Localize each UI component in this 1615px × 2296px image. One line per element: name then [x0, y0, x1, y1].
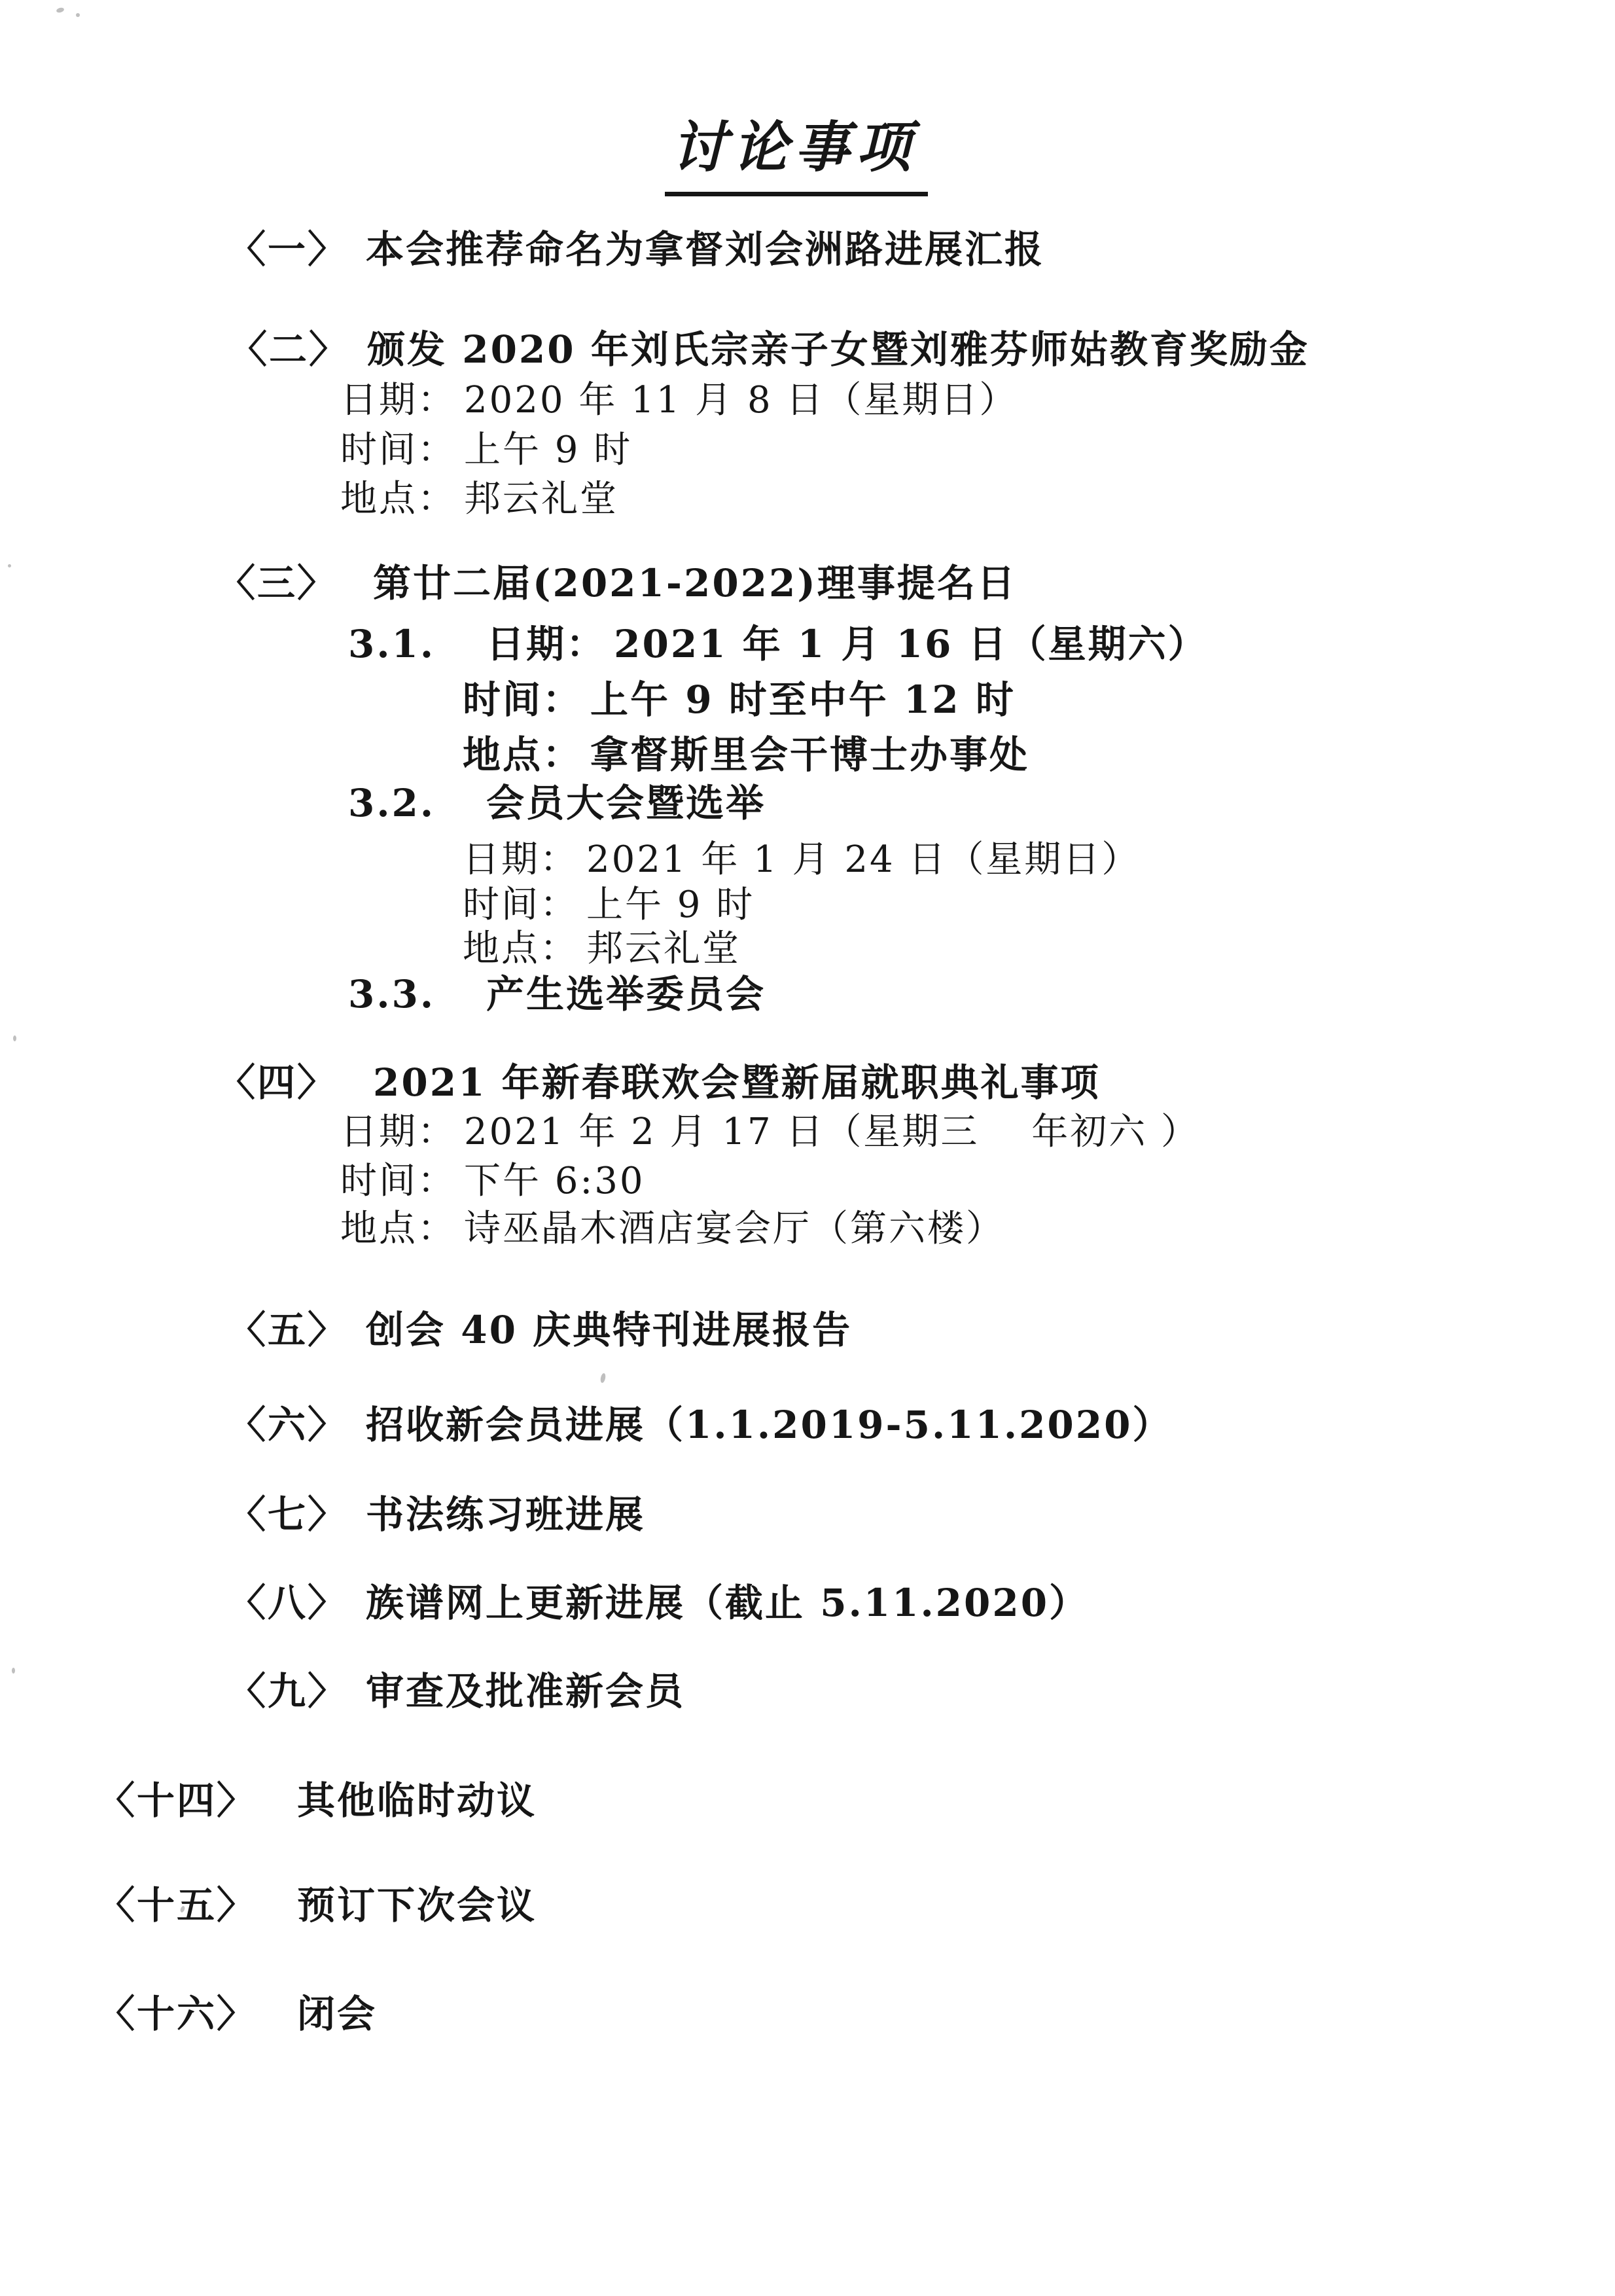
agenda-item-text: 书法练习班进展 [366, 1492, 645, 1537]
page-title: 讨论事项 [665, 103, 928, 196]
agenda-item-number: 〈十四〉 [97, 1778, 257, 1823]
detail-row: 日期：2020 年 11 月 8 日（星期日） [340, 382, 1018, 419]
agenda-item: 〈九〉审查及批准新会员 [228, 1672, 685, 1710]
agenda-item-number: 〈二〉 [229, 327, 349, 372]
agenda-item: 〈十五〉预订下次会议 [97, 1886, 537, 1924]
agenda-item-number: 〈十五〉 [97, 1883, 257, 1928]
detail-row: 时间：上午 9 时至中午 12 时 [463, 681, 1016, 719]
agenda-item-text: 审查及批准新会员 [366, 1669, 685, 1713]
scan-artifact [600, 1372, 607, 1383]
sub-item: 3.3.产生选举委员会 [348, 975, 766, 1013]
agenda-item-text: 创会 40 庆典特刊进展报告 [366, 1308, 852, 1352]
agenda-item-number: 〈九〉 [228, 1669, 347, 1713]
agenda-item: 〈三〉第廿二届(2021-2022)理事提名日 [217, 564, 1017, 602]
agenda-item-number: 〈十六〉 [97, 1992, 257, 2036]
detail-value: 下午 6:30 [464, 1160, 645, 1202]
detail-row: 时间：上午 9 时 [463, 887, 754, 924]
agenda-item-number: 〈一〉 [228, 227, 347, 272]
agenda-item-text: 颁发 2020 年刘氏宗亲子女暨刘雅芬师姑教育奖励金 [367, 327, 1309, 372]
detail-label: 时间： [463, 677, 582, 722]
agenda-item: 〈二〉颁发 2020 年刘氏宗亲子女暨刘雅芬师姑教育奖励金 [229, 331, 1309, 368]
detail-row: 日期：2021 年 1 月 24 日（星期日） [463, 842, 1140, 878]
agenda-item: 〈一〉本会推荐命名为拿督刘会洲路进展汇报 [228, 230, 1044, 268]
agenda-item: 〈四〉2021 年新春联欢会暨新届就职典礼事项 [217, 1064, 1101, 1102]
agenda-item: 〈六〉招收新会员进展（1.1.2019-5.11.2020） [228, 1406, 1173, 1444]
sub-item: 3.1.日期：2021 年 1 月 16 日（星期六） [348, 625, 1208, 663]
sub-item-number: 3.3. [348, 972, 435, 1016]
detail-row: 时间：上午 9 时 [340, 432, 632, 469]
detail-value: 2021 年 1 月 16 日（星期六） [614, 622, 1207, 666]
detail-label: 地点： [463, 732, 582, 777]
detail-label: 日期： [486, 622, 606, 666]
detail-label: 时间： [340, 1160, 456, 1202]
agenda-item-number: 〈六〉 [228, 1403, 347, 1447]
detail-label: 日期： [340, 1111, 456, 1153]
sub-item-number: 3.2. [348, 781, 435, 825]
detail-value: 上午 9 时至中午 12 时 [590, 677, 1016, 722]
detail-value: 2021 年 2 月 17 日（星期三 年初六 ） [464, 1111, 1199, 1153]
detail-row: 地点：邦云礼堂 [340, 481, 618, 518]
scan-artifact [76, 13, 80, 17]
sub-item: 3.2.会员大会暨选举 [348, 784, 766, 822]
detail-row: 地点：拿督斯里会干博士办事处 [463, 736, 1029, 774]
scan-artifact [13, 1035, 16, 1041]
agenda-item-number: 〈五〉 [228, 1308, 347, 1352]
agenda-item: 〈五〉创会 40 庆典特刊进展报告 [228, 1311, 852, 1349]
detail-label: 日期： [340, 379, 456, 422]
detail-label: 日期： [463, 838, 578, 881]
agenda-item-text: 2021 年新春联欢会暨新届就职典礼事项 [373, 1060, 1101, 1105]
detail-value: 上午 9 时 [464, 429, 632, 471]
agenda-item: 〈八〉族谱网上更新进展（截止 5.11.2020） [228, 1584, 1089, 1622]
scan-artifact [12, 1668, 15, 1674]
detail-value: 2020 年 11 月 8 日（星期日） [464, 379, 1018, 422]
detail-row: 地点：邦云礼堂 [463, 931, 741, 967]
agenda-item-text: 招收新会员进展（1.1.2019-5.11.2020） [366, 1403, 1172, 1447]
sub-item-number: 3.1. [348, 622, 435, 666]
scan-artifact [8, 564, 11, 567]
agenda-item-text: 族谱网上更新进展（截止 5.11.2020） [366, 1581, 1089, 1625]
detail-row: 日期：2021 年 2 月 17 日（星期三 年初六 ） [340, 1114, 1199, 1151]
detail-label: 时间： [463, 884, 578, 926]
detail-value: 邦云礼堂 [464, 478, 618, 520]
detail-label: 地点： [340, 478, 456, 520]
agenda-item-number: 〈三〉 [217, 561, 337, 605]
detail-value: 邦云礼堂 [586, 927, 741, 970]
agenda-item-number: 〈四〉 [217, 1060, 337, 1105]
agenda-item-text: 本会推荐命名为拿督刘会洲路进展汇报 [366, 227, 1044, 272]
agenda-item: 〈十四〉其他临时动议 [97, 1782, 537, 1820]
sub-item-title: 产生选举委员会 [486, 972, 766, 1016]
detail-row: 时间：下午 6:30 [340, 1163, 645, 1200]
document-page: 讨论事项 〈一〉本会推荐命名为拿督刘会洲路进展汇报 〈二〉颁发 2020 年刘氏… [0, 0, 1615, 2296]
sub-item-title: 会员大会暨选举 [486, 781, 766, 825]
detail-value: 上午 9 时 [586, 884, 754, 926]
detail-label: 时间： [340, 429, 456, 471]
agenda-item-number: 〈七〉 [228, 1492, 347, 1537]
agenda-item-text: 第廿二届(2021-2022)理事提名日 [373, 561, 1017, 605]
agenda-item: 〈十六〉闭会 [97, 1995, 377, 2033]
detail-value: 2021 年 1 月 24 日（星期日） [586, 838, 1140, 881]
detail-value: 拿督斯里会干博士办事处 [590, 732, 1029, 777]
detail-label: 地点： [463, 927, 578, 970]
scan-artifact [56, 7, 64, 14]
detail-label: 地点： [340, 1208, 456, 1250]
agenda-item-text: 其他临时动议 [297, 1778, 537, 1823]
agenda-item-text: 闭会 [297, 1992, 377, 2036]
agenda-item: 〈七〉书法练习班进展 [228, 1496, 645, 1534]
agenda-item-number: 〈八〉 [228, 1581, 347, 1625]
detail-value: 诗巫晶木酒店宴会厅（第六楼） [464, 1208, 1004, 1250]
detail-row: 地点：诗巫晶木酒店宴会厅（第六楼） [340, 1211, 1004, 1247]
agenda-item-text: 预订下次会议 [297, 1883, 537, 1928]
